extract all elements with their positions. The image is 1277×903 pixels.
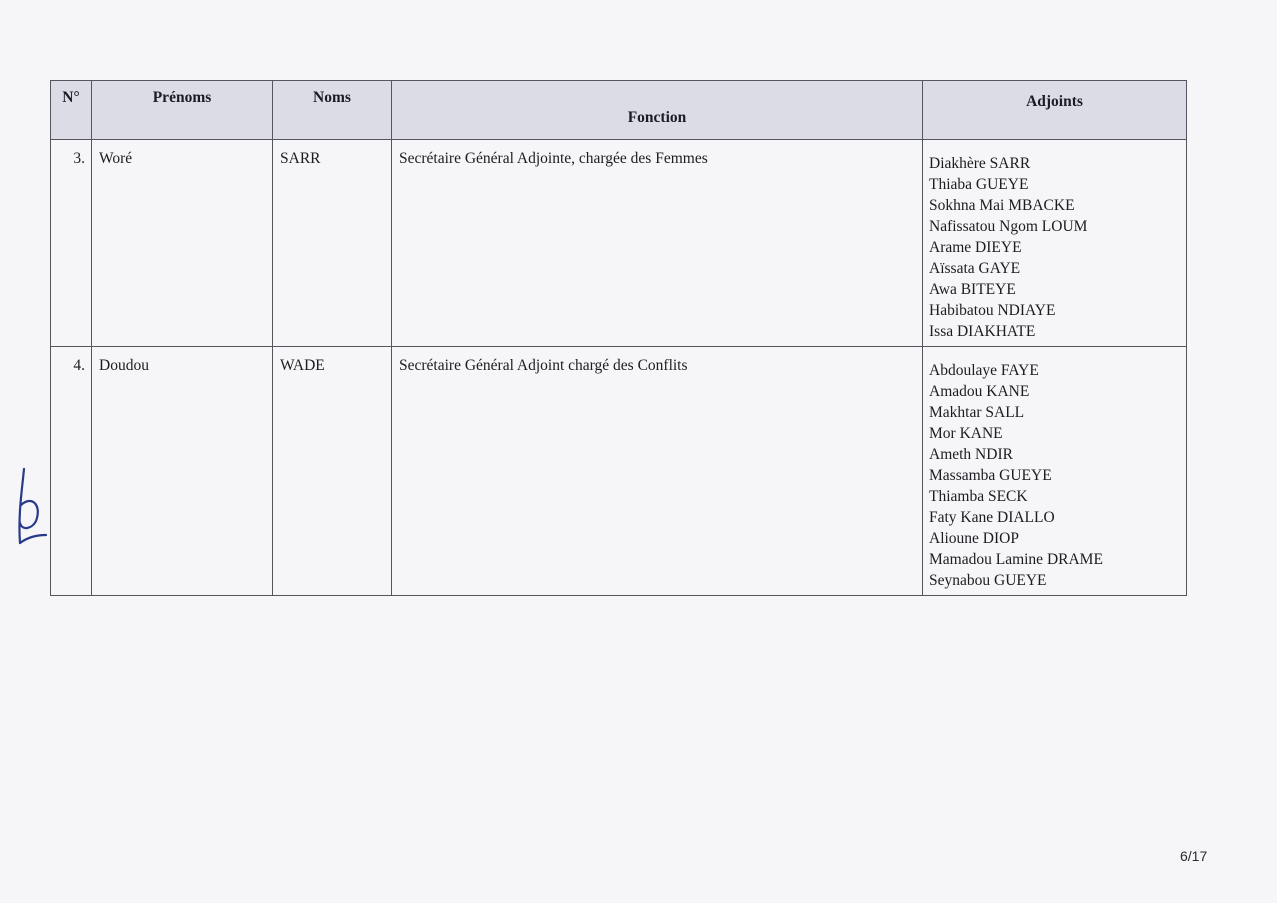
cell-number: 3. [51, 140, 92, 347]
header-function: Fonction [392, 81, 923, 140]
deputy-name: Seynabou GUEYE [929, 570, 1186, 591]
cell-deputies: Abdoulaye FAYEAmadou KANEMakhtar SALLMor… [923, 347, 1187, 596]
deputies-list: Abdoulaye FAYEAmadou KANEMakhtar SALLMor… [923, 347, 1186, 595]
header-first-names: Prénoms [92, 81, 273, 140]
deputy-name: Arame DIEYE [929, 237, 1186, 258]
table-row: 4. Doudou WADE Secrétaire Général Adjoin… [51, 347, 1187, 596]
cell-last-name: WADE [273, 347, 392, 596]
header-deputies: Adjoints [923, 81, 1187, 140]
deputy-name: Aïssata GAYE [929, 258, 1186, 279]
deputy-name: Abdoulaye FAYE [929, 360, 1186, 381]
deputy-name: Ameth NDIR [929, 444, 1186, 465]
header-last-names: Noms [273, 81, 392, 140]
cell-first-name: Woré [92, 140, 273, 347]
deputy-name: Makhtar SALL [929, 402, 1186, 423]
deputy-name: Awa BITEYE [929, 279, 1186, 300]
header-number: N° [51, 81, 92, 140]
deputy-name: Mor KANE [929, 423, 1186, 444]
cell-number: 4. [51, 347, 92, 596]
roster-table-container: N° Prénoms Noms Fonction Adjoints [50, 80, 1187, 596]
deputy-name: Issa DIAKHATE [929, 321, 1186, 342]
deputy-name: Amadou KANE [929, 381, 1186, 402]
deputies-list: Diakhère SARRThiaba GUEYESokhna Mai MBAC… [923, 140, 1186, 346]
page-number: 6/17 [1180, 848, 1207, 864]
deputy-name: Habibatou NDIAYE [929, 300, 1186, 321]
deputy-name: Alioune DIOP [929, 528, 1186, 549]
cell-first-name: Doudou [92, 347, 273, 596]
table-row: 3. Woré SARR Secrétaire Général Adjointe… [51, 140, 1187, 347]
cell-deputies: Diakhère SARRThiaba GUEYESokhna Mai MBAC… [923, 140, 1187, 347]
table-header-row: N° Prénoms Noms Fonction Adjoints [51, 81, 1187, 140]
deputy-name: Massamba GUEYE [929, 465, 1186, 486]
document-page: N° Prénoms Noms Fonction Adjoints [0, 0, 1277, 903]
deputy-name: Faty Kane DIALLO [929, 507, 1186, 528]
cell-function: Secrétaire Général Adjointe, chargée des… [392, 140, 923, 347]
roster-table: N° Prénoms Noms Fonction Adjoints [50, 80, 1187, 596]
deputy-name: Thiaba GUEYE [929, 174, 1186, 195]
deputy-name: Thiamba SECK [929, 486, 1186, 507]
handwritten-page-mark-icon [8, 465, 48, 555]
deputy-name: Sokhna Mai MBACKE [929, 195, 1186, 216]
cell-function: Secrétaire Général Adjoint chargé des Co… [392, 347, 923, 596]
deputy-name: Nafissatou Ngom LOUM [929, 216, 1186, 237]
cell-last-name: SARR [273, 140, 392, 347]
deputy-name: Mamadou Lamine DRAME [929, 549, 1186, 570]
deputy-name: Diakhère SARR [929, 153, 1186, 174]
